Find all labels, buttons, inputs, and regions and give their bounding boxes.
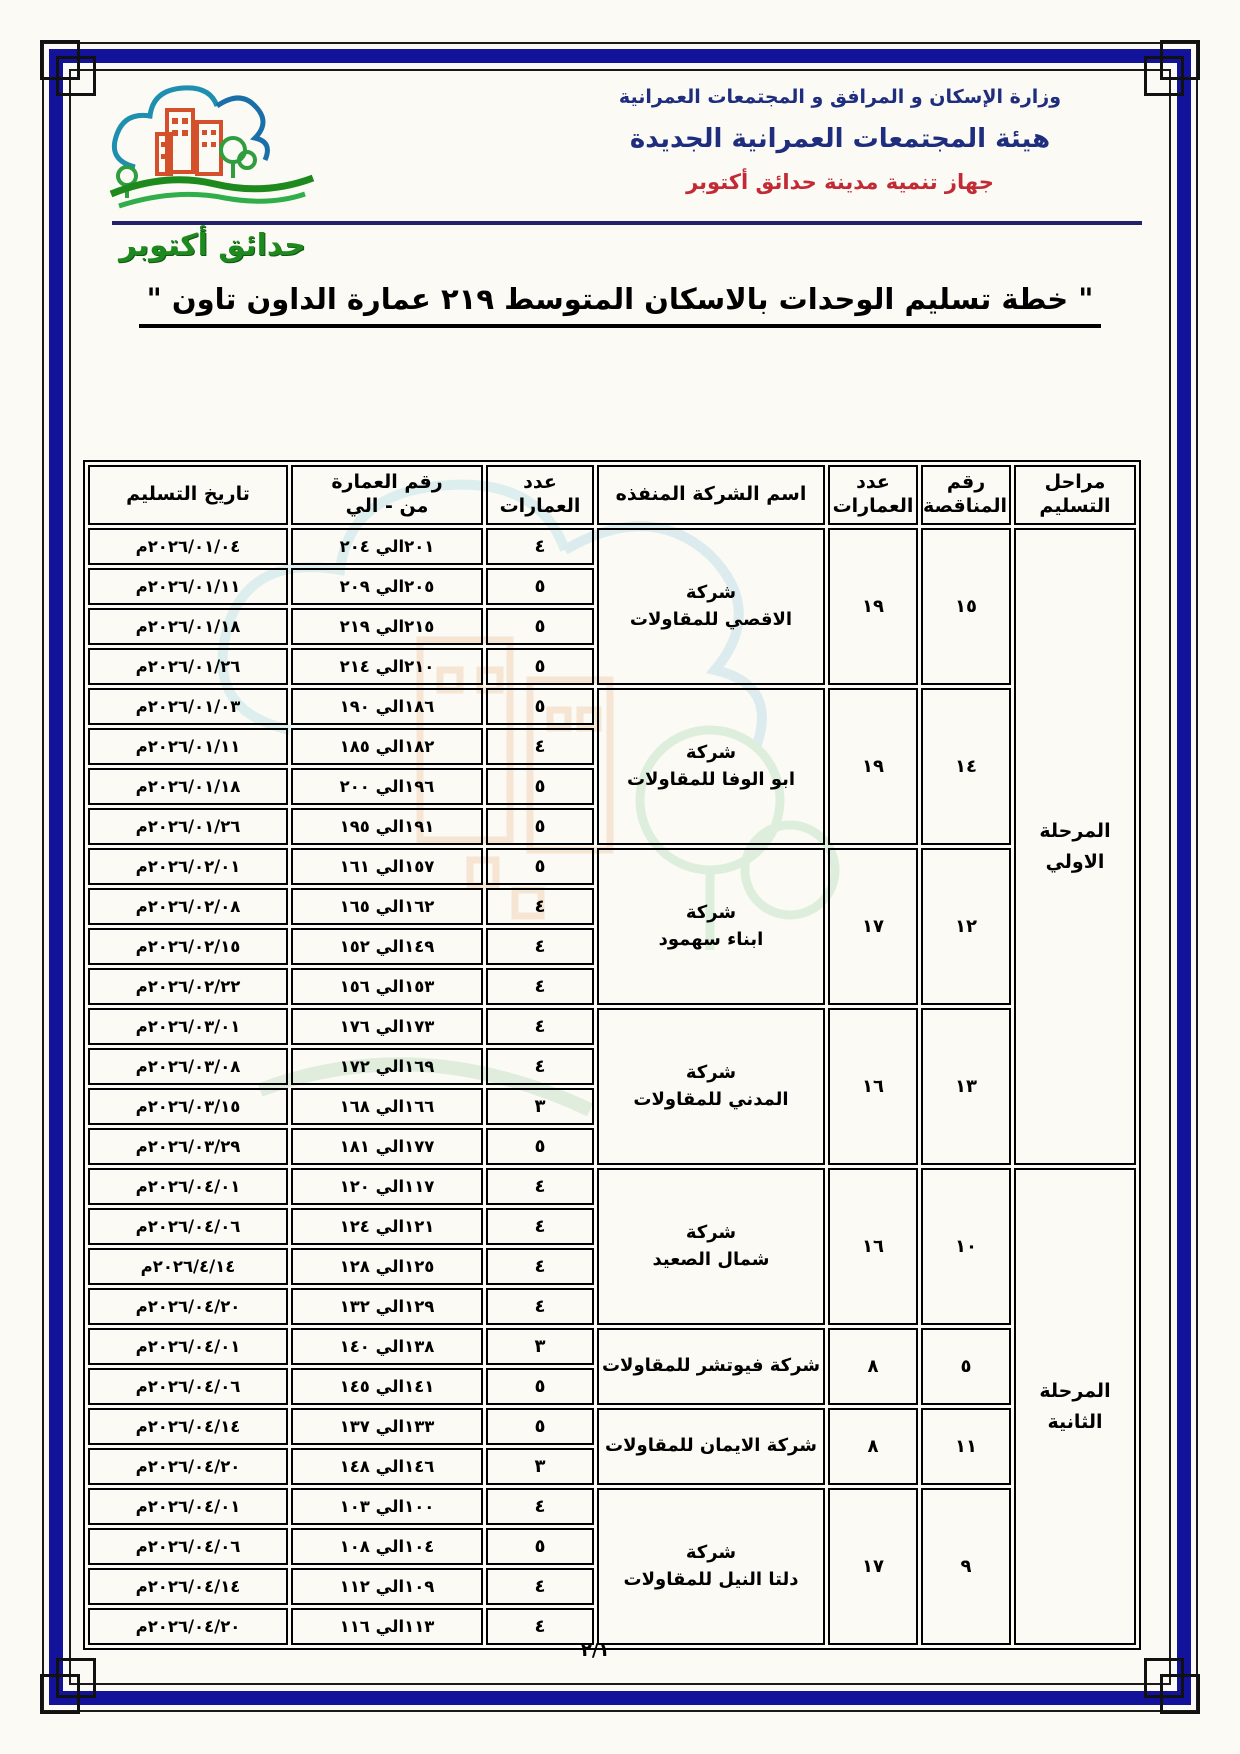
building-range-cell: ١٦٢الي ١٦٥ xyxy=(291,888,483,925)
tender-number-cell: ١٠ xyxy=(921,1168,1011,1325)
building-range-cell: ١٢٩الي ١٣٢ xyxy=(291,1288,483,1325)
phase-cell: المرحلة الاولي xyxy=(1014,528,1136,1165)
delivery-date-cell: ٢٠٢٦/٠١/٠٣م xyxy=(88,688,288,725)
building-range-cell: ١٢١الي ١٢٤ xyxy=(291,1208,483,1245)
building-range-cell: ١٠٩الي ١١٢ xyxy=(291,1568,483,1605)
tender-number-cell: ١٣ xyxy=(921,1008,1011,1165)
buildings-count-cell: ٥ xyxy=(486,1368,594,1405)
tender-number-cell: ٩ xyxy=(921,1488,1011,1645)
frame-corner-ornament xyxy=(40,1674,80,1714)
logo-graphic xyxy=(105,72,320,217)
delivery-date-cell: ٢٠٢٦/٠٢/٢٢م xyxy=(88,968,288,1005)
buildings-count-cell: ٤ xyxy=(486,1168,594,1205)
buildings-count-cell: ٣ xyxy=(486,1328,594,1365)
building-range-cell: ١٣٣الي ١٣٧ xyxy=(291,1408,483,1445)
delivery-date-cell: ٢٠٢٦/٠١/٠٤م xyxy=(88,528,288,565)
delivery-date-cell: ٢٠٢٦/٠٤/٠١م xyxy=(88,1328,288,1365)
buildings-count-cell: ٤ xyxy=(486,968,594,1005)
document-title: " خطة تسليم الوحدات بالاسكان المتوسط ٢١٩… xyxy=(0,282,1240,328)
document-title-text: " خطة تسليم الوحدات بالاسكان المتوسط ٢١٩… xyxy=(139,282,1102,328)
frame-corner-ornament xyxy=(40,40,80,80)
building-range-cell: ١٣٨الي ١٤٠ xyxy=(291,1328,483,1365)
delivery-date-cell: ٢٠٢٦/٠٢/٠١م xyxy=(88,848,288,885)
buildings-count-cell: ٤ xyxy=(486,888,594,925)
tender-number-cell: ١٤ xyxy=(921,688,1011,845)
delivery-date-cell: ٢٠٢٦/٠٤/٠١م xyxy=(88,1488,288,1525)
table-row: ١٣١٦شركة المدني للمقاولات٤١٧٣الي ١٧٦٢٠٢٦… xyxy=(88,1008,1136,1045)
frame-corner-ornament xyxy=(56,1658,96,1698)
delivery-date-cell: ٢٠٢٦/٠١/١٨م xyxy=(88,608,288,645)
frame-corner-ornament xyxy=(1160,1674,1200,1714)
buildings-count-cell: ٥ xyxy=(486,1128,594,1165)
ministry-name: وزارة الإسكان و المرافق و المجتمعات العم… xyxy=(550,86,1130,108)
delivery-date-cell: ٢٠٢٦/٠٢/١٥م xyxy=(88,928,288,965)
delivery-date-cell: ٢٠٢٦/٠١/٢٦م xyxy=(88,808,288,845)
building-range-cell: ١٥٧الي ١٦١ xyxy=(291,848,483,885)
buildings-count-cell: ٤ xyxy=(486,1288,594,1325)
buildings-count-cell: ٤ xyxy=(486,1048,594,1085)
frame-corner-ornament xyxy=(56,56,96,96)
table-row: ١٢١٧شركة ابناء سهمود٥١٥٧الي ١٦١٢٠٢٦/٠٢/٠… xyxy=(88,848,1136,885)
company-name-cell: شركة ابو الوفا للمقاولات xyxy=(597,688,825,845)
company-name-cell: شركة المدني للمقاولات xyxy=(597,1008,825,1165)
tender-number-cell: ١٥ xyxy=(921,528,1011,685)
building-range-cell: ١٢٥الي ١٢٨ xyxy=(291,1248,483,1285)
building-range-cell: ١٦٦الي ١٦٨ xyxy=(291,1088,483,1125)
buildings-count-cell: ٤ xyxy=(486,1208,594,1245)
delivery-date-cell: ٢٠٢٦/٠٤/٢٠م xyxy=(88,1288,288,1325)
buildings-count-cell: ٥ xyxy=(486,568,594,605)
delivery-date-cell: ٢٠٢٦/٠٣/٢٩م xyxy=(88,1128,288,1165)
building-range-cell: ١٩١الي ١٩٥ xyxy=(291,808,483,845)
header-company: اسم الشركة المنفذه xyxy=(597,465,825,525)
company-name-cell: شركة ابناء سهمود xyxy=(597,848,825,1005)
tender-number-cell: ٥ xyxy=(921,1328,1011,1405)
building-range-cell: ١٦٩الي ١٧٢ xyxy=(291,1048,483,1085)
delivery-date-cell: ٢٠٢٦/٠٣/٠١م xyxy=(88,1008,288,1045)
delivery-date-cell: ٢٠٢٦/٠٤/٠١م xyxy=(88,1168,288,1205)
company-name-cell: شركة فيوتشر للمقاولات xyxy=(597,1328,825,1405)
table-row: المرحلة الاولي١٥١٩شركة الاقصي للمقاولات٤… xyxy=(88,528,1136,565)
frame-corner-ornament xyxy=(1144,56,1184,96)
buildings-count-cell: ٥ xyxy=(486,808,594,845)
delivery-date-cell: ٢٠٢٦/٠٤/١٤م xyxy=(88,1568,288,1605)
page-number: ٢/١ xyxy=(0,1640,1190,1661)
table-row: ١١٨شركة الايمان للمقاولات٥١٣٣الي ١٣٧٢٠٢٦… xyxy=(88,1408,1136,1445)
frame-corner-ornament xyxy=(1160,40,1200,80)
header-buildings-total: عدد العمارات xyxy=(828,465,918,525)
delivery-table-body: المرحلة الاولي١٥١٩شركة الاقصي للمقاولات٤… xyxy=(88,528,1136,1645)
delivery-date-cell: ٢٠٢٦/٤/١٤م xyxy=(88,1248,288,1285)
company-name-cell: شركة شمال الصعيد xyxy=(597,1168,825,1325)
buildings-total-cell: ١٩ xyxy=(828,688,918,845)
buildings-total-cell: ١٩ xyxy=(828,528,918,685)
buildings-count-cell: ٤ xyxy=(486,1568,594,1605)
buildings-count-cell: ٣ xyxy=(486,1448,594,1485)
building-range-cell: ٢٠٥الي ٢٠٩ xyxy=(291,568,483,605)
header-tender-number: رقم المناقصة xyxy=(921,465,1011,525)
buildings-count-cell: ٥ xyxy=(486,768,594,805)
delivery-date-cell: ٢٠٢٦/٠٢/٠٨م xyxy=(88,888,288,925)
building-range-cell: ١٤٩الي ١٥٢ xyxy=(291,928,483,965)
header-divider-rule xyxy=(112,221,1142,225)
buildings-count-cell: ٤ xyxy=(486,928,594,965)
letterhead-text-block: وزارة الإسكان و المرافق و المجتمعات العم… xyxy=(550,86,1130,194)
frame-corner-ornament xyxy=(1144,1658,1184,1698)
building-range-cell: ١٨٢الي ١٨٥ xyxy=(291,728,483,765)
delivery-date-cell: ٢٠٢٦/٠٤/٢٠م xyxy=(88,1448,288,1485)
buildings-count-cell: ٥ xyxy=(486,648,594,685)
buildings-count-cell: ٥ xyxy=(486,608,594,645)
table-row: ٩١٧شركة دلتا النيل للمقاولات٤١٠٠الي ١٠٣٢… xyxy=(88,1488,1136,1525)
company-name-cell: شركة دلتا النيل للمقاولات xyxy=(597,1488,825,1645)
buildings-total-cell: ٨ xyxy=(828,1328,918,1405)
building-range-cell: ١٤١الي ١٤٥ xyxy=(291,1368,483,1405)
header-phase: مراحل التسليم xyxy=(1014,465,1136,525)
company-name-cell: شركة الايمان للمقاولات xyxy=(597,1408,825,1485)
delivery-plan-table: مراحل التسليم رقم المناقصة عدد العمارات … xyxy=(83,460,1141,1650)
company-name-cell: شركة الاقصي للمقاولات xyxy=(597,528,825,685)
delivery-date-cell: ٢٠٢٦/٠٤/٠٦م xyxy=(88,1208,288,1245)
building-range-cell: ٢١٠الي ٢١٤ xyxy=(291,648,483,685)
building-range-cell: ١٧٧الي ١٨١ xyxy=(291,1128,483,1165)
building-range-cell: ١٧٣الي ١٧٦ xyxy=(291,1008,483,1045)
delivery-date-cell: ٢٠٢٦/٠٣/١٥م xyxy=(88,1088,288,1125)
delivery-date-cell: ٢٠٢٦/٠١/٢٦م xyxy=(88,648,288,685)
logo-caption: حدائق أكتوبر xyxy=(100,228,325,263)
building-range-cell: ١٤٦الي ١٤٨ xyxy=(291,1448,483,1485)
delivery-date-cell: ٢٠٢٦/٠٣/٠٨م xyxy=(88,1048,288,1085)
building-range-cell: ١٠٤الي ١٠٨ xyxy=(291,1528,483,1565)
table-row: ٥٨شركة فيوتشر للمقاولات٣١٣٨الي ١٤٠٢٠٢٦/٠… xyxy=(88,1328,1136,1365)
tender-number-cell: ١١ xyxy=(921,1408,1011,1485)
delivery-date-cell: ٢٠٢٦/٠١/١١م xyxy=(88,728,288,765)
building-range-cell: ١٩٦الي ٢٠٠ xyxy=(291,768,483,805)
phase-cell: المرحلة الثانية xyxy=(1014,1168,1136,1645)
building-range-cell: ٢١٥الي ٢١٩ xyxy=(291,608,483,645)
building-range-cell: ١١٧الي ١٢٠ xyxy=(291,1168,483,1205)
header-building-range: رقم العمارة من - الي xyxy=(291,465,483,525)
header-buildings-count: عدد العمارات xyxy=(486,465,594,525)
delivery-table-wrap: مراحل التسليم رقم المناقصة عدد العمارات … xyxy=(95,460,1141,1650)
delivery-date-cell: ٢٠٢٦/٠٤/٠٦م xyxy=(88,1368,288,1405)
building-range-cell: ١٠٠الي ١٠٣ xyxy=(291,1488,483,1525)
buildings-total-cell: ٨ xyxy=(828,1408,918,1485)
buildings-total-cell: ١٧ xyxy=(828,1488,918,1645)
table-row: ١٤١٩شركة ابو الوفا للمقاولات٥١٨٦الي ١٩٠٢… xyxy=(88,688,1136,725)
buildings-count-cell: ٤ xyxy=(486,1248,594,1285)
buildings-count-cell: ٥ xyxy=(486,1528,594,1565)
document-page: وزارة الإسكان و المرافق و المجتمعات العم… xyxy=(0,0,1240,1754)
buildings-total-cell: ١٧ xyxy=(828,848,918,1005)
buildings-count-cell: ٤ xyxy=(486,728,594,765)
header-delivery-date: تاريخ التسليم xyxy=(88,465,288,525)
buildings-count-cell: ٥ xyxy=(486,1408,594,1445)
authority-name: هيئة المجتمعات العمرانية الجديدة xyxy=(550,124,1130,154)
table-row: المرحلة الثانية١٠١٦شركة شمال الصعيد٤١١٧ا… xyxy=(88,1168,1136,1205)
buildings-count-cell: ٤ xyxy=(486,1488,594,1525)
buildings-count-cell: ٥ xyxy=(486,848,594,885)
delivery-date-cell: ٢٠٢٦/٠٤/٠٦م xyxy=(88,1528,288,1565)
buildings-count-cell: ٣ xyxy=(486,1088,594,1125)
hadayek-october-logo xyxy=(105,72,320,217)
buildings-total-cell: ١٦ xyxy=(828,1168,918,1325)
buildings-count-cell: ٥ xyxy=(486,688,594,725)
building-range-cell: ١٥٣الي ١٥٦ xyxy=(291,968,483,1005)
building-range-cell: ١٨٦الي ١٩٠ xyxy=(291,688,483,725)
building-range-cell: ٢٠١الي ٢٠٤ xyxy=(291,528,483,565)
agency-name: جهاز تنمية مدينة حدائق أكتوبر xyxy=(550,170,1130,194)
buildings-total-cell: ١٦ xyxy=(828,1008,918,1165)
delivery-date-cell: ٢٠٢٦/٠١/١٨م xyxy=(88,768,288,805)
delivery-date-cell: ٢٠٢٦/٠٤/١٤م xyxy=(88,1408,288,1445)
tender-number-cell: ١٢ xyxy=(921,848,1011,1005)
delivery-date-cell: ٢٠٢٦/٠١/١١م xyxy=(88,568,288,605)
buildings-count-cell: ٤ xyxy=(486,1008,594,1045)
buildings-count-cell: ٤ xyxy=(486,528,594,565)
table-header-row: مراحل التسليم رقم المناقصة عدد العمارات … xyxy=(88,465,1136,525)
